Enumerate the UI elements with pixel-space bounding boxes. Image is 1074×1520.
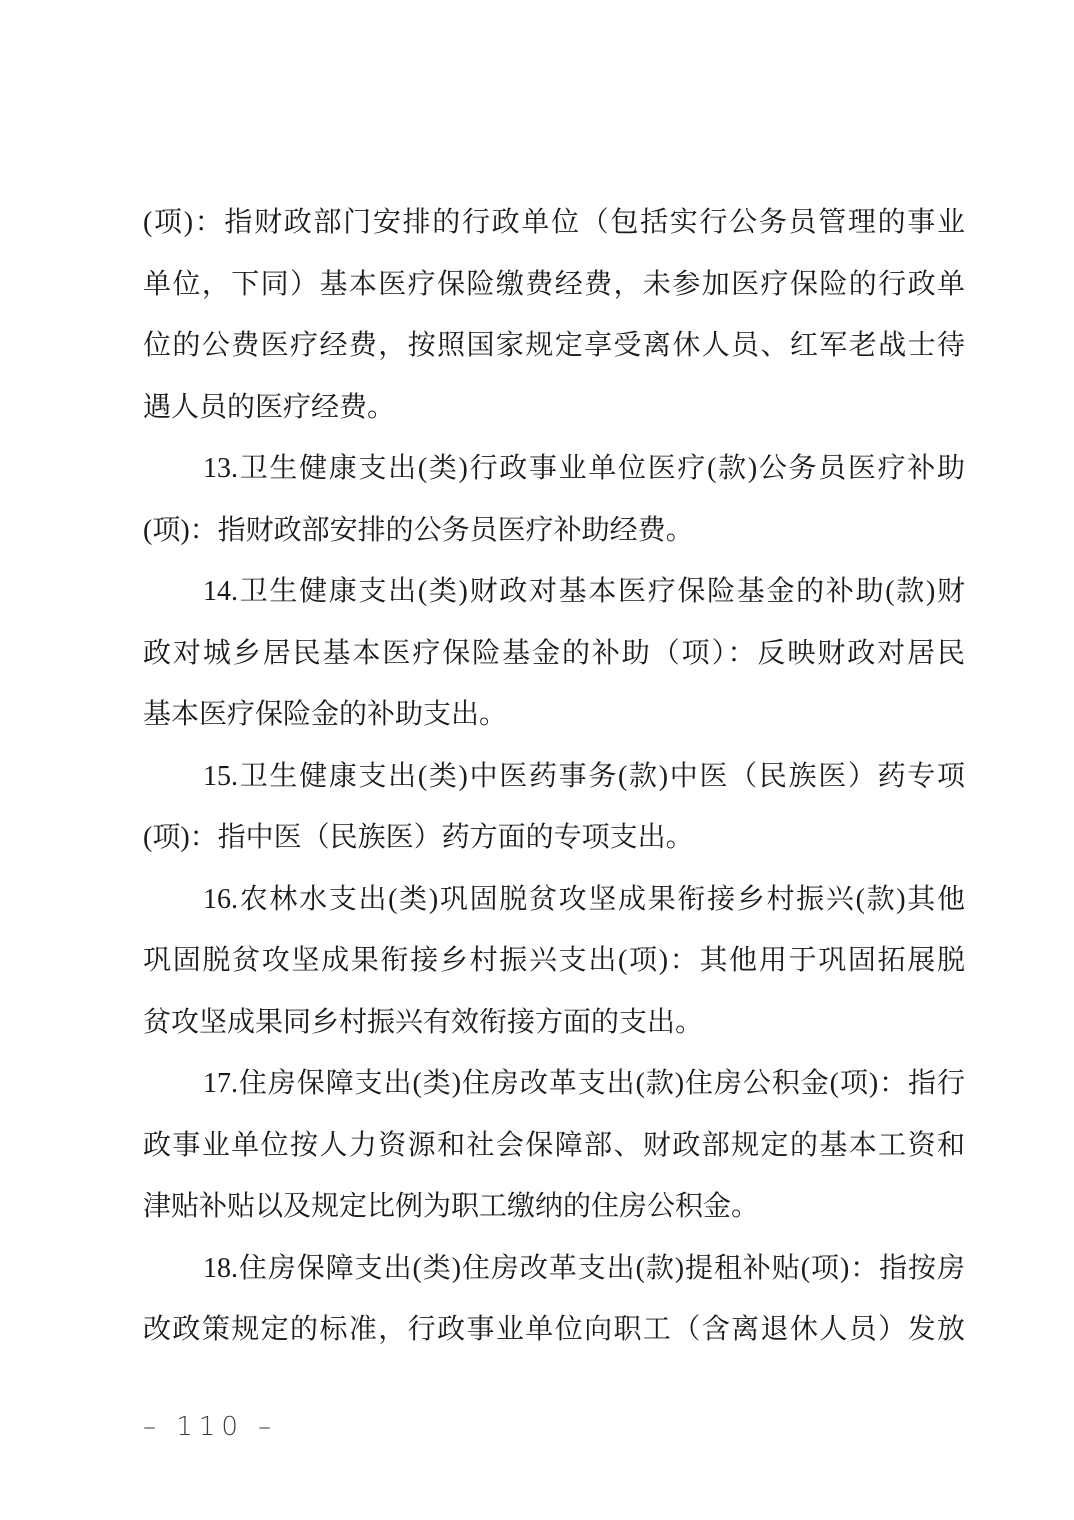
document-page: (项)：指财政部门安排的行政单位（包括实行公务员管理的事业单位，下同）基本医疗保… <box>0 0 1074 1520</box>
text-line: 巩固脱贫攻坚成果衔接乡村振兴支出(项)：其他用于巩固拓展脱 <box>143 930 965 992</box>
paragraph: 16.农林水支出(类)巩固脱贫攻坚成果衔接乡村振兴(款)其他巩固脱贫攻坚成果衔接… <box>143 869 965 1054</box>
text-line: 18.住房保障支出(类)住房改革支出(款)提租补贴(项)：指按房 <box>143 1238 965 1300</box>
text-line: 遇人员的医疗经费。 <box>143 377 965 439</box>
paragraph: 15.卫生健康支出(类)中医药事务(款)中医（民族医）药专项(项)：指中医（民族… <box>143 746 965 869</box>
text-line: 位的公费医疗经费，按照国家规定享受离休人员、红军老战士待 <box>143 315 965 377</box>
text-line: 17.住房保障支出(类)住房改革支出(款)住房公积金(项)：指行 <box>143 1053 965 1115</box>
paragraph: 14.卫生健康支出(类)财政对基本医疗保险基金的补助(款)财政对城乡居民基本医疗… <box>143 561 965 746</box>
text-line: 16.农林水支出(类)巩固脱贫攻坚成果衔接乡村振兴(款)其他 <box>143 869 965 931</box>
text-line: 15.卫生健康支出(类)中医药事务(款)中医（民族医）药专项 <box>143 746 965 808</box>
text-line: 贫攻坚成果同乡村振兴有效衔接方面的支出。 <box>143 992 965 1054</box>
text-line: 基本医疗保险金的补助支出。 <box>143 684 965 746</box>
text-line: (项)：指财政部安排的公务员医疗补助经费。 <box>143 500 965 562</box>
text-line: 13.卫生健康支出(类)行政事业单位医疗(款)公务员医疗补助 <box>143 438 965 500</box>
page-number: – 110 – <box>143 1412 277 1442</box>
paragraph: (项)：指财政部门安排的行政单位（包括实行公务员管理的事业单位，下同）基本医疗保… <box>143 192 965 438</box>
text-line: 政对城乡居民基本医疗保险基金的补助（项）：反映财政对居民 <box>143 623 965 685</box>
text-line: 14.卫生健康支出(类)财政对基本医疗保险基金的补助(款)财 <box>143 561 965 623</box>
text-line: 改政策规定的标准，行政事业单位向职工（含离退休人员）发放 <box>143 1299 965 1361</box>
text-line: (项)：指中医（民族医）药方面的专项支出。 <box>143 807 965 869</box>
document-body: (项)：指财政部门安排的行政单位（包括实行公务员管理的事业单位，下同）基本医疗保… <box>143 192 965 1361</box>
text-line: (项)：指财政部门安排的行政单位（包括实行公务员管理的事业 <box>143 192 965 254</box>
paragraph: 18.住房保障支出(类)住房改革支出(款)提租补贴(项)：指按房改政策规定的标准… <box>143 1238 965 1361</box>
text-line: 政事业单位按人力资源和社会保障部、财政部规定的基本工资和 <box>143 1115 965 1177</box>
paragraph: 17.住房保障支出(类)住房改革支出(款)住房公积金(项)：指行政事业单位按人力… <box>143 1053 965 1238</box>
text-line: 津贴补贴以及规定比例为职工缴纳的住房公积金。 <box>143 1176 965 1238</box>
text-line: 单位，下同）基本医疗保险缴费经费，未参加医疗保险的行政单 <box>143 254 965 316</box>
paragraph: 13.卫生健康支出(类)行政事业单位医疗(款)公务员医疗补助(项)：指财政部安排… <box>143 438 965 561</box>
